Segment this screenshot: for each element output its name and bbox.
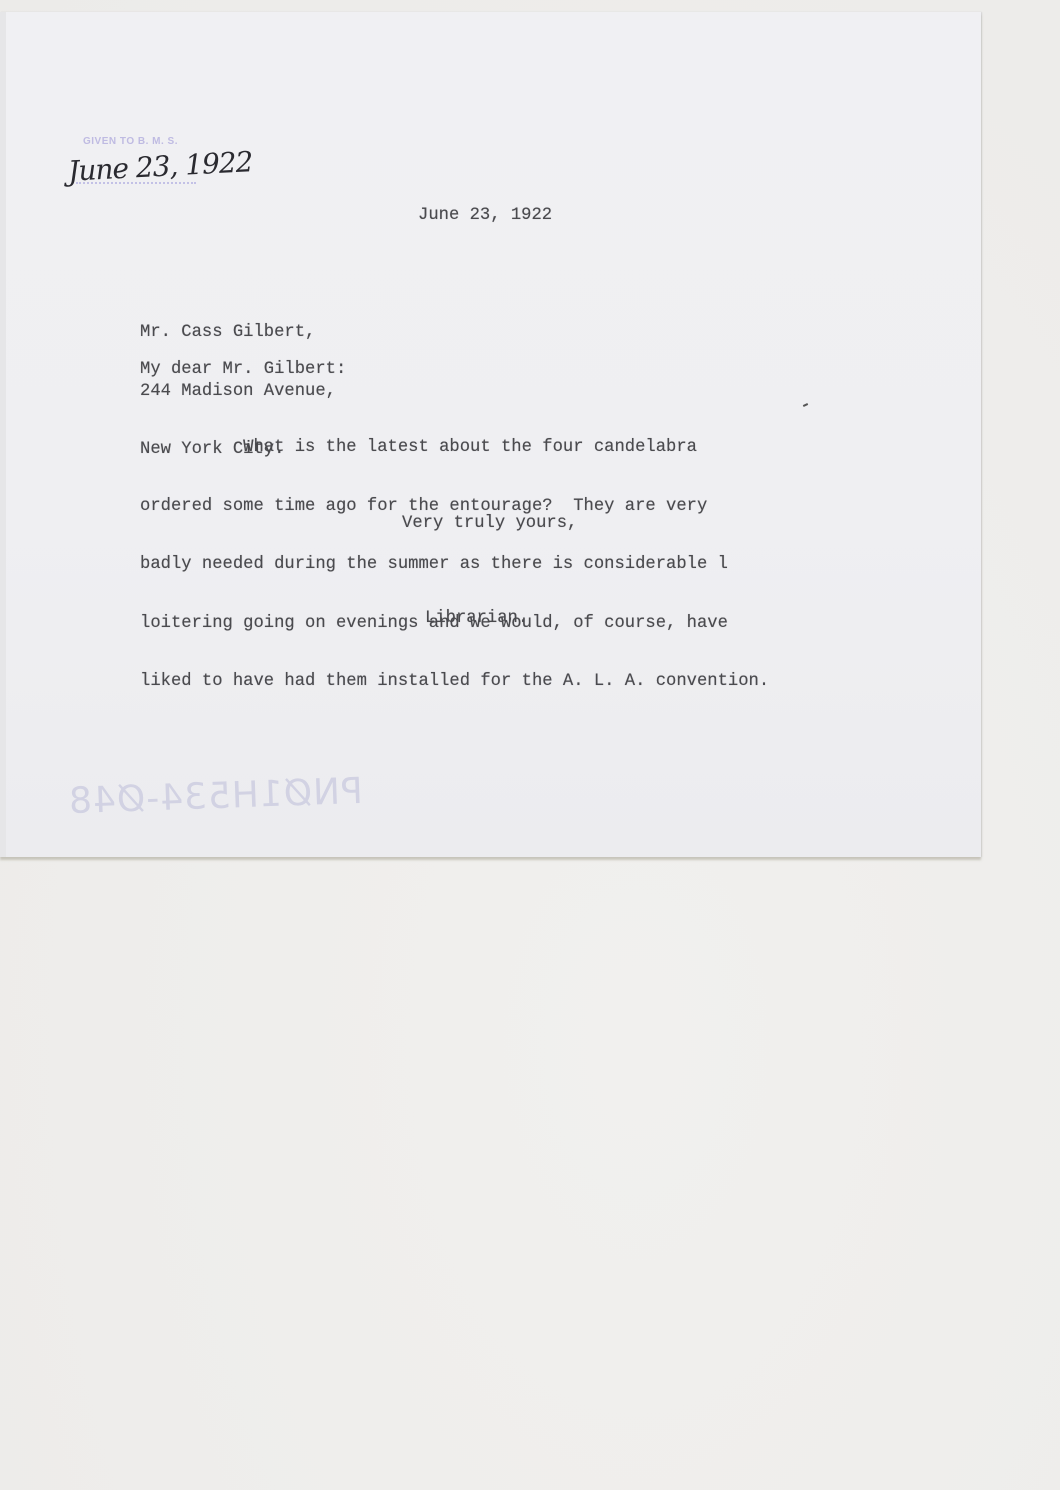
letter-date: June 23, 1922 — [418, 206, 552, 226]
signature: Librarian. — [425, 609, 528, 629]
body-line: What is the latest about the four candel… — [140, 438, 769, 458]
recipient-name: Mr. Cass Gilbert, — [140, 323, 336, 343]
closing: Very truly yours, — [402, 514, 577, 534]
received-stamp: GIVEN TO B. M. S. — [83, 136, 178, 147]
letter-body: What is the latest about the four candel… — [140, 399, 769, 711]
body-line: badly needed during the summer as there … — [140, 555, 769, 575]
body-line: liked to have had them installed for the… — [140, 672, 769, 692]
salutation: My dear Mr. Gilbert: — [140, 360, 346, 380]
